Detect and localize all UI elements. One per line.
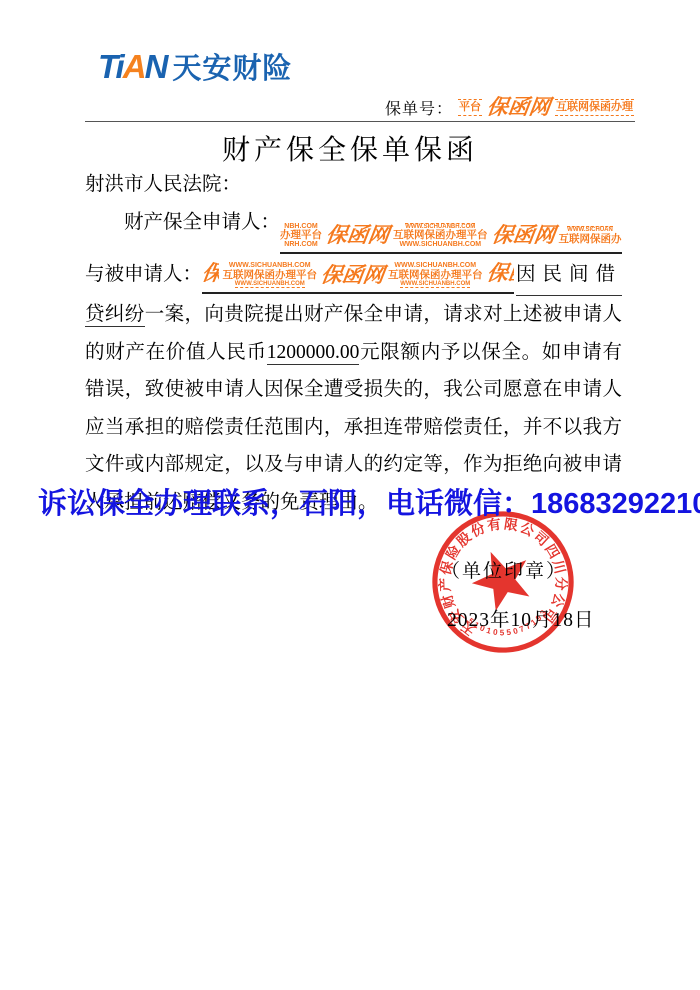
brand-latin-pre: Ti <box>98 48 123 85</box>
baohan-logo-watermark: 保函网 <box>487 263 514 284</box>
watermark-platform: 互联网保函办理平台 <box>223 270 318 281</box>
policy-number-row: 保单号： 平台 保函网 互联网保函办理 <box>385 96 634 119</box>
baohan-logo-watermark: 保函网 <box>320 265 386 286</box>
watermark-platform: 互联网保函办理平台 <box>393 230 488 241</box>
document-body: 射洪市人民法院： 财产保全申请人： NBH.COM 办理平台 NRH.COM 保… <box>85 166 622 521</box>
baohan-logo-fragment: 保函网 <box>487 258 514 294</box>
brand-latin-logo: TiAN <box>98 50 166 83</box>
cause-of-action-end: 贷纠纷 <box>85 304 145 327</box>
baohan-logo-watermark: 保函网 <box>490 225 556 246</box>
document-page: TiAN 天安财险 保单号： 平台 保函网 互联网保函办理 财产保全保单保函 射… <box>0 0 700 990</box>
baohan-logo-fragment: 保函网 <box>202 258 218 294</box>
body-line-5: 错误，致使被申请人因保全遭受损失的，我公司愿意在申请人 <box>85 371 622 409</box>
body-line-3-text: 一案，向贵院提出财产保全申请，请求对上述被申请人 <box>145 304 622 325</box>
company-logo: TiAN 天安财险 <box>98 50 292 84</box>
body-line-4: 的财产在价值人民币1200000.00元限额内予以保全。如申请有 <box>85 334 622 372</box>
watermark-url-stack: WWW.SICHUANBH.COM 互联网保函办理平台 WWW.SICHUANB… <box>388 262 483 288</box>
watermark-platform-frag: 互联网保函办 <box>559 234 622 245</box>
watermark-url-stack-clipped: WWW.SICHUAN 互联网保函办 <box>559 226 622 244</box>
body-line-3: 贷纠纷一案，向贵院提出财产保全申请，请求对上述被申请人 <box>85 296 622 334</box>
policy-number-label: 保单号： <box>385 96 453 119</box>
watermark-prefix: 平台 <box>458 99 482 115</box>
baohan-logo-watermark: 保函网 <box>486 97 552 118</box>
court-name: 射洪市人民法院： <box>85 174 241 195</box>
cause-of-action-start: 因民间借 <box>516 256 622 296</box>
body-line-6: 应当承担的赔偿责任范围内，承担连带赔偿责任，并不以我方 <box>85 409 622 447</box>
brand-name-cn: 天安财险 <box>172 55 292 84</box>
baohan-logo-watermark: 保函网 <box>202 263 218 284</box>
applicant-label: 财产保全申请人： <box>124 204 280 242</box>
baohan-logo-watermark: 保函网 <box>325 225 391 246</box>
document-title: 财产保全保单保函 <box>0 128 700 168</box>
respondent-line: 与被申请人： 保函网 WWW.SICHUANBH.COM 互联网保函办理平台 W… <box>85 256 622 296</box>
body-line-7: 文件或内部规定，以及与申请人的约定等，作为拒绝向被申请 <box>85 446 622 484</box>
watermark-url-bottom: WWW.SICHUANBH.COM <box>235 281 305 288</box>
respondent-label: 与被申请人： <box>85 256 202 294</box>
document-date: 2023年10月18日 <box>447 604 595 632</box>
seal-placeholder-label: （单位印章） <box>441 556 567 583</box>
watermark-platform: 互联网保函办理平台 <box>388 270 483 281</box>
watermark-url-stack: WWW.SICHUANBH.COM 互联网保函办理平台 WWW.SICHUANB… <box>393 223 488 249</box>
brand-latin-post: N <box>145 48 167 85</box>
respondent-name-blank-watermarked: 保函网 WWW.SICHUANBH.COM 互联网保函办理平台 WWW.SICH… <box>202 258 514 294</box>
body-line-4-pre: 的财产在价值人民币 <box>85 342 267 363</box>
watermark-office-mid: 办理平台 <box>280 230 322 241</box>
brand-latin-a: A <box>123 48 145 85</box>
watermark-platform-short: 互联网保函办理 <box>555 99 634 115</box>
watermark-url-bottom: WWW.SICHUANBH.COM <box>400 281 470 288</box>
applicant-line: 财产保全申请人： NBH.COM 办理平台 NRH.COM 保函网 WWW.SI… <box>85 204 622 257</box>
guarantee-amount: 1200000.00 <box>267 342 360 365</box>
applicant-name-blank-watermarked: NBH.COM 办理平台 NRH.COM 保函网 WWW.SICHUANBH.C… <box>280 218 622 254</box>
watermark-office-bot: NRH.COM <box>284 241 317 248</box>
watermark-office-stack: NBH.COM 办理平台 NRH.COM <box>280 223 322 249</box>
watermark-url-bottom: WWW.SICHUANBH.COM <box>399 241 481 248</box>
litigation-contact-ad: 诉讼保全办理联系，石阳，电话微信：18683292210！ <box>38 481 678 522</box>
body-line-4-post: 元限额内予以保全。如申请有 <box>359 342 622 363</box>
header-divider <box>85 121 635 122</box>
watermark-url-stack: WWW.SICHUANBH.COM 互联网保函办理平台 WWW.SICHUANB… <box>223 262 318 288</box>
salutation-line: 射洪市人民法院： <box>85 166 622 204</box>
